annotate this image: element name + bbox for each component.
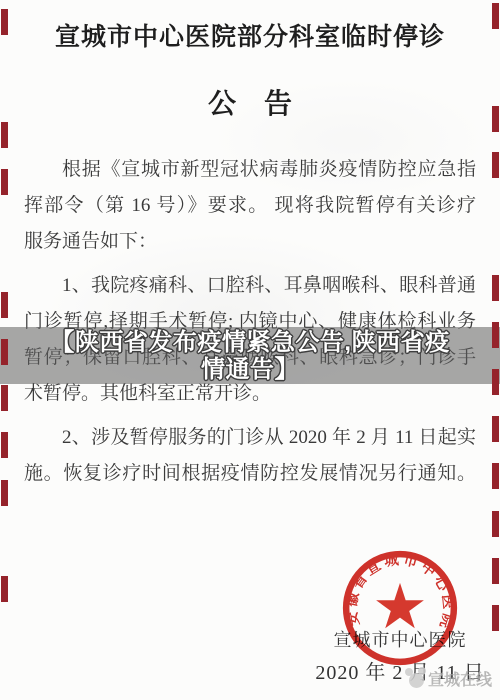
edge-mark	[492, 369, 499, 395]
overlay-caption-line-1: 【陕西省发布疫情紧急公告,陕西省疫	[50, 329, 449, 356]
watermark: 宣城在线	[409, 673, 492, 689]
edge-mark	[1, 9, 8, 35]
notice-page: 宣城市中心医院部分科室临时停诊 公 告 根据《宣城市新型冠状病毒肺炎疫情防控应急…	[0, 0, 500, 700]
edge-mark	[1, 169, 8, 195]
edge-mark	[492, 322, 499, 348]
edge-mark	[492, 3, 499, 29]
paragraph-item-2: 2、涉及暂停服务的门诊从 2020 年 2 月 11 日起实 施。恢复诊疗时间根…	[24, 420, 476, 492]
edge-mark	[492, 558, 499, 584]
edge-mark	[492, 106, 499, 132]
seal-star-icon	[376, 583, 424, 628]
body-line: 施。恢复诊疗时间根据疫情防控发展情况另行通知。	[24, 456, 476, 492]
edge-mark	[1, 576, 8, 602]
edge-mark	[1, 339, 8, 365]
edge-mark	[492, 511, 499, 537]
notice-title: 宣城市中心医院部分科室临时停诊	[0, 17, 500, 53]
edge-mark	[1, 385, 8, 411]
body-line: 服务通告如下：	[24, 224, 476, 260]
body-line: 1、我院疼痛科、口腔科、耳鼻咽喉科、眼科普通	[24, 268, 476, 304]
watermark-text: 宣城在线	[428, 673, 492, 689]
edge-mark	[492, 275, 499, 301]
notice-heading: 公 告	[0, 82, 500, 122]
overlay-caption-line-2: 情通告】	[201, 356, 299, 383]
notice-body: 根据《宣城市新型冠状病毒肺炎疫情防控应急指 挥部令（第 16 号）》要求。 现将…	[24, 152, 476, 492]
edge-mark	[1, 122, 8, 148]
watermark-logo-icon	[409, 673, 424, 688]
edge-mark	[1, 480, 8, 506]
edge-mark	[492, 152, 499, 178]
body-line: 根据《宣城市新型冠状病毒肺炎疫情防控应急指	[24, 152, 476, 188]
edge-mark	[492, 605, 499, 631]
overlay-caption-band: 【陕西省发布疫情紧急公告,陕西省疫 情通告】	[0, 327, 500, 384]
edge-mark	[492, 463, 499, 489]
edge-mark	[1, 432, 8, 458]
hospital-seal: 安徽省宣城市中心医院	[335, 543, 465, 673]
edge-mark	[492, 416, 499, 442]
body-line: 2、涉及暂停服务的门诊从 2020 年 2 月 11 日起实	[24, 420, 476, 456]
paragraph-basis: 根据《宣城市新型冠状病毒肺炎疫情防控应急指 挥部令（第 16 号）》要求。 现将…	[24, 152, 476, 260]
edge-mark	[1, 292, 8, 318]
body-line: 挥部令（第 16 号）》要求。 现将我院暂停有关诊疗	[24, 188, 476, 224]
